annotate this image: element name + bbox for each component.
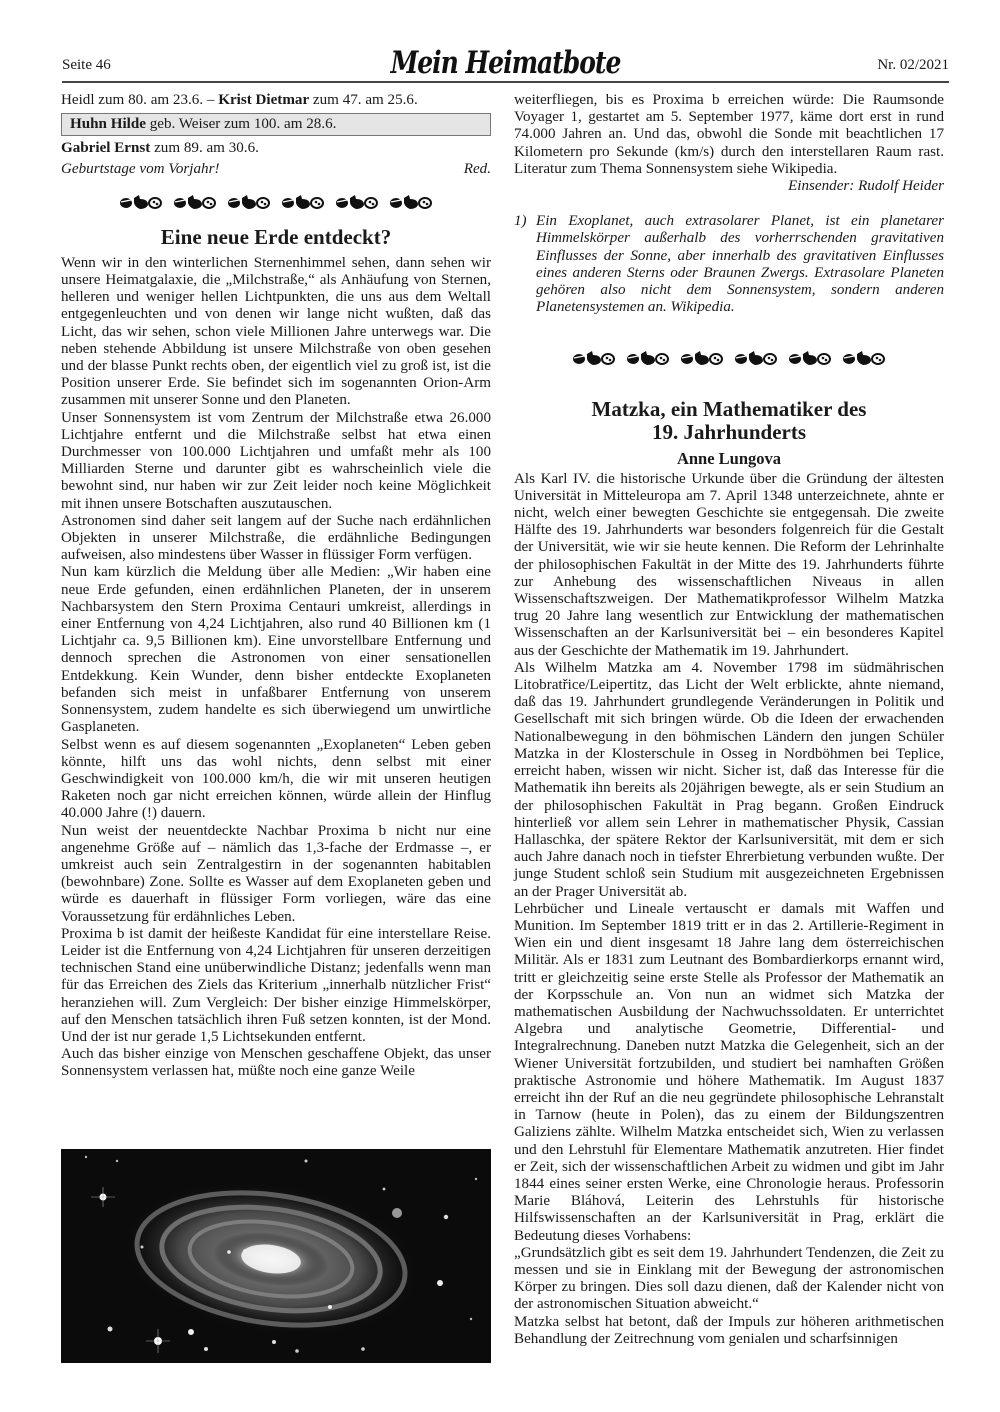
footnote-text: Ein Exoplanet, auch extrasolarer Planet,…: [536, 213, 944, 316]
masthead-logo: Mein Heimatbote: [391, 44, 621, 80]
paragraph: Wenn wir in den winterlichen Sternenhimm…: [61, 255, 491, 410]
easter-egg-rabbit-icon: [228, 194, 270, 210]
paragraph: weiterfliegen, bis es Proxima b erreiche…: [514, 92, 944, 178]
ornament-divider: [514, 350, 944, 370]
galaxy-photo: [61, 1149, 491, 1363]
article-body: Als Karl IV. die historische Urkunde übe…: [514, 471, 944, 1348]
page-number: Seite 46: [62, 57, 111, 74]
editor-sign: Red.: [464, 161, 491, 178]
birthday-name: Krist Dietmar: [218, 92, 309, 108]
article-title: Matzka, ein Mathematiker des 19. Jahrhun…: [514, 398, 944, 444]
right-column: weiterfliegen, bis es Proxima b erreiche…: [514, 92, 944, 1348]
paragraph: Lehrbücher und Lineale vertauscht er dam…: [514, 901, 944, 1245]
birthday-entry: Heidl zum 80. am 23.6. – Krist Dietmar z…: [61, 92, 491, 109]
easter-egg-rabbit-icon: [174, 194, 216, 210]
easter-egg-rabbit-icon: [336, 194, 378, 210]
easter-egg-rabbit-icon: [843, 350, 885, 366]
paragraph: Proxima b ist damit der heißeste Kandida…: [61, 926, 491, 1046]
article-author: Anne Lungova: [514, 450, 944, 467]
highlighted-birthday: Huhn Hilde geb. Weiser zum 100. am 28.6.: [61, 113, 491, 136]
article-title: Eine neue Erde entdeckt?: [61, 226, 491, 249]
page-header: Seite 46 Mein Heimatbote Nr. 02/2021: [62, 44, 949, 80]
paragraph: Matzka selbst hat betont, daß der Impuls…: [514, 1314, 944, 1348]
easter-egg-rabbit-icon: [120, 194, 162, 210]
paragraph: Astronomen sind daher seit langem auf de…: [61, 513, 491, 565]
paragraph: Als Karl IV. die historische Urkunde übe…: [514, 471, 944, 660]
article-body: Wenn wir in den winterlichen Sternenhimm…: [61, 255, 491, 1081]
easter-egg-rabbit-icon: [789, 350, 831, 366]
article-signature: Einsender: Rudolf Heider: [514, 178, 944, 195]
paragraph: Auch das bisher einzige von Menschen ges…: [61, 1046, 491, 1080]
left-column: Heidl zum 80. am 23.6. – Krist Dietmar z…: [61, 92, 491, 1081]
issue-number: Nr. 02/2021: [877, 57, 949, 74]
easter-egg-rabbit-icon: [627, 350, 669, 366]
easter-egg-rabbit-icon: [681, 350, 723, 366]
note-text: Geburtstage vom Vorjahr!: [61, 161, 219, 178]
birthday-entry: Gabriel Ernst zum 89. am 30.6.: [61, 140, 491, 157]
birthday-text: geb. Weiser zum 100. am 28.6.: [146, 116, 337, 132]
birthday-text: Heidl zum 80. am 23.6. –: [61, 92, 218, 108]
birthday-name: Gabriel Ernst: [61, 140, 150, 156]
footnote-number: 1): [514, 213, 536, 316]
title-line: 19. Jahrhunderts: [514, 421, 944, 444]
birthday-name: Huhn Hilde: [70, 116, 146, 132]
footnote: 1) Ein Exoplanet, auch extrasolarer Plan…: [514, 213, 944, 316]
easter-egg-rabbit-icon: [282, 194, 324, 210]
easter-egg-rabbit-icon: [390, 194, 432, 210]
paragraph: Als Wilhelm Matzka am 4. November 1798 i…: [514, 660, 944, 901]
paragraph: Unser Sonnensystem ist vom Zentrum der M…: [61, 410, 491, 513]
header-divider: [62, 81, 949, 83]
ornament-divider: [61, 194, 491, 214]
paragraph: Nun kam kürzlich die Meldung über alle M…: [61, 564, 491, 736]
easter-egg-rabbit-icon: [573, 350, 615, 366]
birthday-list: Heidl zum 80. am 23.6. – Krist Dietmar z…: [61, 92, 491, 178]
birthday-text: zum 89. am 30.6.: [150, 140, 259, 156]
paragraph: „Grundsätzlich gibt es seit dem 19. Jahr…: [514, 1245, 944, 1314]
title-line: Matzka, ein Mathematiker des: [514, 398, 944, 421]
birthday-note: Geburtstage vom Vorjahr! Red.: [61, 161, 491, 178]
paragraph: Selbst wenn es auf diesem sogenannten „E…: [61, 737, 491, 823]
paragraph: Nun weist der neuentdeckte Nachbar Proxi…: [61, 823, 491, 926]
easter-egg-rabbit-icon: [735, 350, 777, 366]
birthday-text: zum 47. am 25.6.: [309, 92, 418, 108]
